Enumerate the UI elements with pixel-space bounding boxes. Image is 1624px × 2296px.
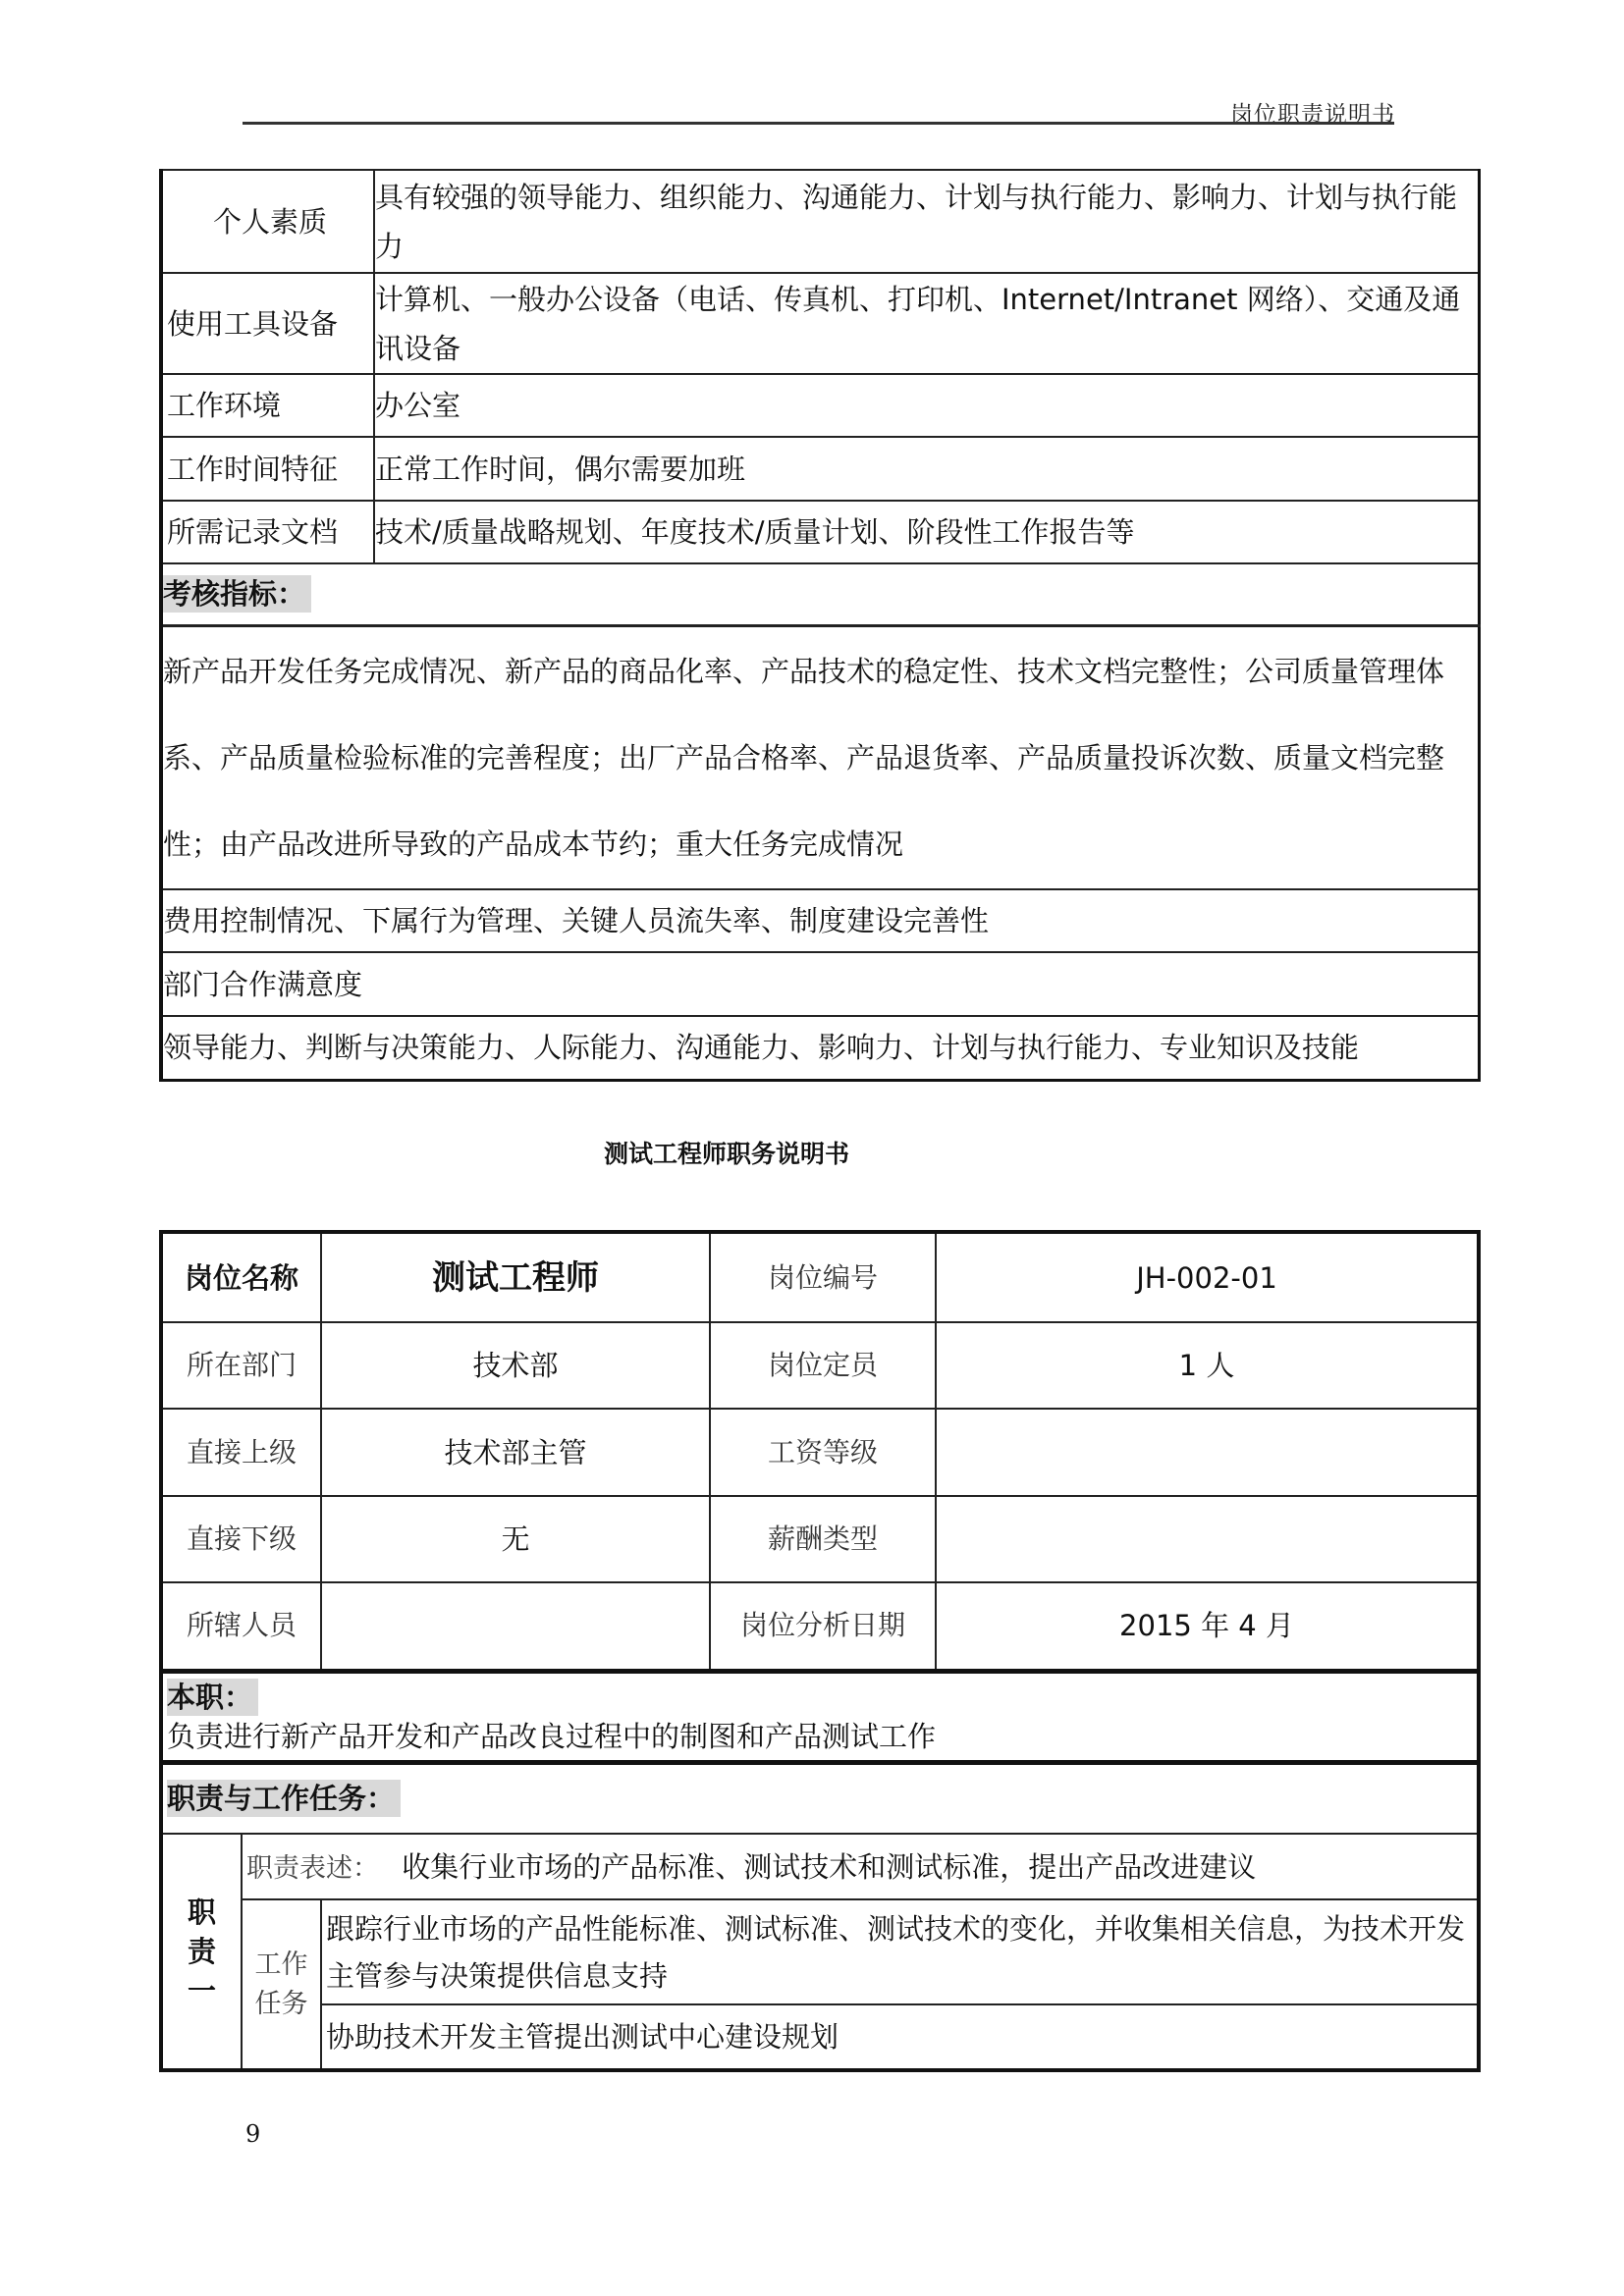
kpi-item: 费用控制情况、下属行为管理、关键人员流失率、制度建设完善性 — [161, 889, 1480, 952]
position-name-label: 岗位名称 — [161, 1232, 321, 1322]
task-label: 工作 任务 — [242, 1899, 321, 2070]
table-row: 个人素质 具有较强的领导能力、组织能力、沟通能力、计划与执行能力、影响力、计划与… — [161, 170, 1480, 273]
supervisor-label: 直接上级 — [161, 1409, 321, 1496]
job-description-table: 岗位名称 测试工程师 岗位编号 JH-002-01 所在部门 技术部 岗位定员 … — [159, 1230, 1481, 2072]
description-text: 收集行业市场的产品标准、测试技术和测试标准，提出产品改进建议 — [402, 1850, 1256, 1884]
label-char: 职 — [163, 1893, 241, 1932]
kpi-item: 部门合作满意度 — [161, 952, 1480, 1016]
section-title: 测试工程师职务说明书 — [0, 1135, 1453, 1170]
kpi-row: 新产品开发任务完成情况、新产品的商品化率、产品技术的稳定性、技术文档完整性；公司… — [161, 625, 1480, 889]
label-char: 责 — [163, 1932, 241, 1971]
task-label-line: 工作 — [243, 1946, 320, 1985]
duty-text: 负责进行新产品开发和产品改良过程中的制图和产品测试工作 — [167, 1720, 936, 1753]
row-label: 个人素质 — [161, 170, 374, 273]
table-row: 直接上级 技术部主管 工资等级 — [161, 1409, 1479, 1496]
task-label-line: 任务 — [243, 1985, 320, 2024]
row-label: 所需记录文档 — [161, 501, 374, 563]
responsibility-heading: 职责与工作任务： — [167, 1780, 401, 1817]
page-number: 9 — [245, 2120, 260, 2148]
subordinate-label: 直接下级 — [161, 1496, 321, 1582]
row-value: 计算机、一般办公设备（电话、传真机、打印机、Internet/Intranet … — [374, 273, 1480, 374]
label-char: 一 — [163, 1971, 241, 2010]
salary-grade-label: 工资等级 — [710, 1409, 936, 1496]
responsibility-heading-row: 职责与工作任务： — [161, 1762, 1479, 1834]
subordinate-value: 无 — [321, 1496, 710, 1582]
headcount-value: 1 人 — [936, 1322, 1479, 1409]
table-row: 工作环境 办公室 — [161, 374, 1480, 437]
kpi-heading-row: 考核指标： — [161, 563, 1480, 625]
pay-type-label: 薪酬类型 — [710, 1496, 936, 1582]
table-row: 岗位名称 测试工程师 岗位编号 JH-002-01 — [161, 1232, 1479, 1322]
upper-table: 个人素质 具有较强的领导能力、组织能力、沟通能力、计划与执行能力、影响力、计划与… — [159, 169, 1481, 1082]
kpi-row: 领导能力、判断与决策能力、人际能力、沟通能力、影响力、计划与执行能力、专业知识及… — [161, 1016, 1480, 1080]
table-row: 所在部门 技术部 岗位定员 1 人 — [161, 1322, 1479, 1409]
position-code-value: JH-002-01 — [936, 1232, 1479, 1322]
description-label: 职责表述： — [246, 1853, 379, 1884]
kpi-item: 新产品开发任务完成情况、新产品的商品化率、产品技术的稳定性、技术文档完整性；公司… — [161, 625, 1480, 889]
staff-value — [321, 1582, 710, 1671]
analysis-date-label: 岗位分析日期 — [710, 1582, 936, 1671]
duty-row: 本职： 负责进行新产品开发和产品改良过程中的制图和产品测试工作 — [161, 1671, 1479, 1762]
task-row: 工作 任务 跟踪行业市场的产品性能标准、测试标准、测试技术的变化，并收集相关信息… — [161, 1899, 1479, 2004]
task-item: 跟踪行业市场的产品性能标准、测试标准、测试技术的变化，并收集相关信息，为技术开发… — [321, 1899, 1479, 2004]
task-row: 协助技术开发主管提出测试中心建设规划 — [161, 2004, 1479, 2070]
kpi-row: 部门合作满意度 — [161, 952, 1480, 1016]
department-value: 技术部 — [321, 1322, 710, 1409]
table-row: 使用工具设备 计算机、一般办公设备（电话、传真机、打印机、Internet/In… — [161, 273, 1480, 374]
salary-grade-value — [936, 1409, 1479, 1496]
row-value: 正常工作时间，偶尔需要加班 — [374, 437, 1480, 501]
responsibility-1-label: 职 责 一 — [161, 1834, 242, 2070]
header-rule — [243, 122, 1394, 125]
table-row: 所需记录文档 技术/质量战略规划、年度技术/质量计划、阶段性工作报告等 — [161, 501, 1480, 563]
table-row: 所辖人员 岗位分析日期 2015 年 4 月 — [161, 1582, 1479, 1671]
headcount-label: 岗位定员 — [710, 1322, 936, 1409]
position-name-value: 测试工程师 — [321, 1232, 710, 1322]
table-row: 工作时间特征 正常工作时间，偶尔需要加班 — [161, 437, 1480, 501]
row-label: 使用工具设备 — [161, 273, 374, 374]
kpi-row: 费用控制情况、下属行为管理、关键人员流失率、制度建设完善性 — [161, 889, 1480, 952]
table-row: 直接下级 无 薪酬类型 — [161, 1496, 1479, 1582]
analysis-date-value: 2015 年 4 月 — [936, 1582, 1479, 1671]
department-label: 所在部门 — [161, 1322, 321, 1409]
responsibility-description-row: 职 责 一 职责表述： 收集行业市场的产品标准、测试技术和测试标准，提出产品改进… — [161, 1834, 1479, 1899]
row-value: 办公室 — [374, 374, 1480, 437]
row-label: 工作环境 — [161, 374, 374, 437]
row-value: 具有较强的领导能力、组织能力、沟通能力、计划与执行能力、影响力、计划与执行能力 — [374, 170, 1480, 273]
supervisor-value: 技术部主管 — [321, 1409, 710, 1496]
kpi-heading: 考核指标： — [163, 575, 311, 613]
position-code-label: 岗位编号 — [710, 1232, 936, 1322]
kpi-item: 领导能力、判断与决策能力、人际能力、沟通能力、影响力、计划与执行能力、专业知识及… — [161, 1016, 1480, 1080]
task-item: 协助技术开发主管提出测试中心建设规划 — [321, 2004, 1479, 2070]
duty-heading: 本职： — [167, 1679, 258, 1716]
row-value: 技术/质量战略规划、年度技术/质量计划、阶段性工作报告等 — [374, 501, 1480, 563]
staff-label: 所辖人员 — [161, 1582, 321, 1671]
pay-type-value — [936, 1496, 1479, 1582]
row-label: 工作时间特征 — [161, 437, 374, 501]
